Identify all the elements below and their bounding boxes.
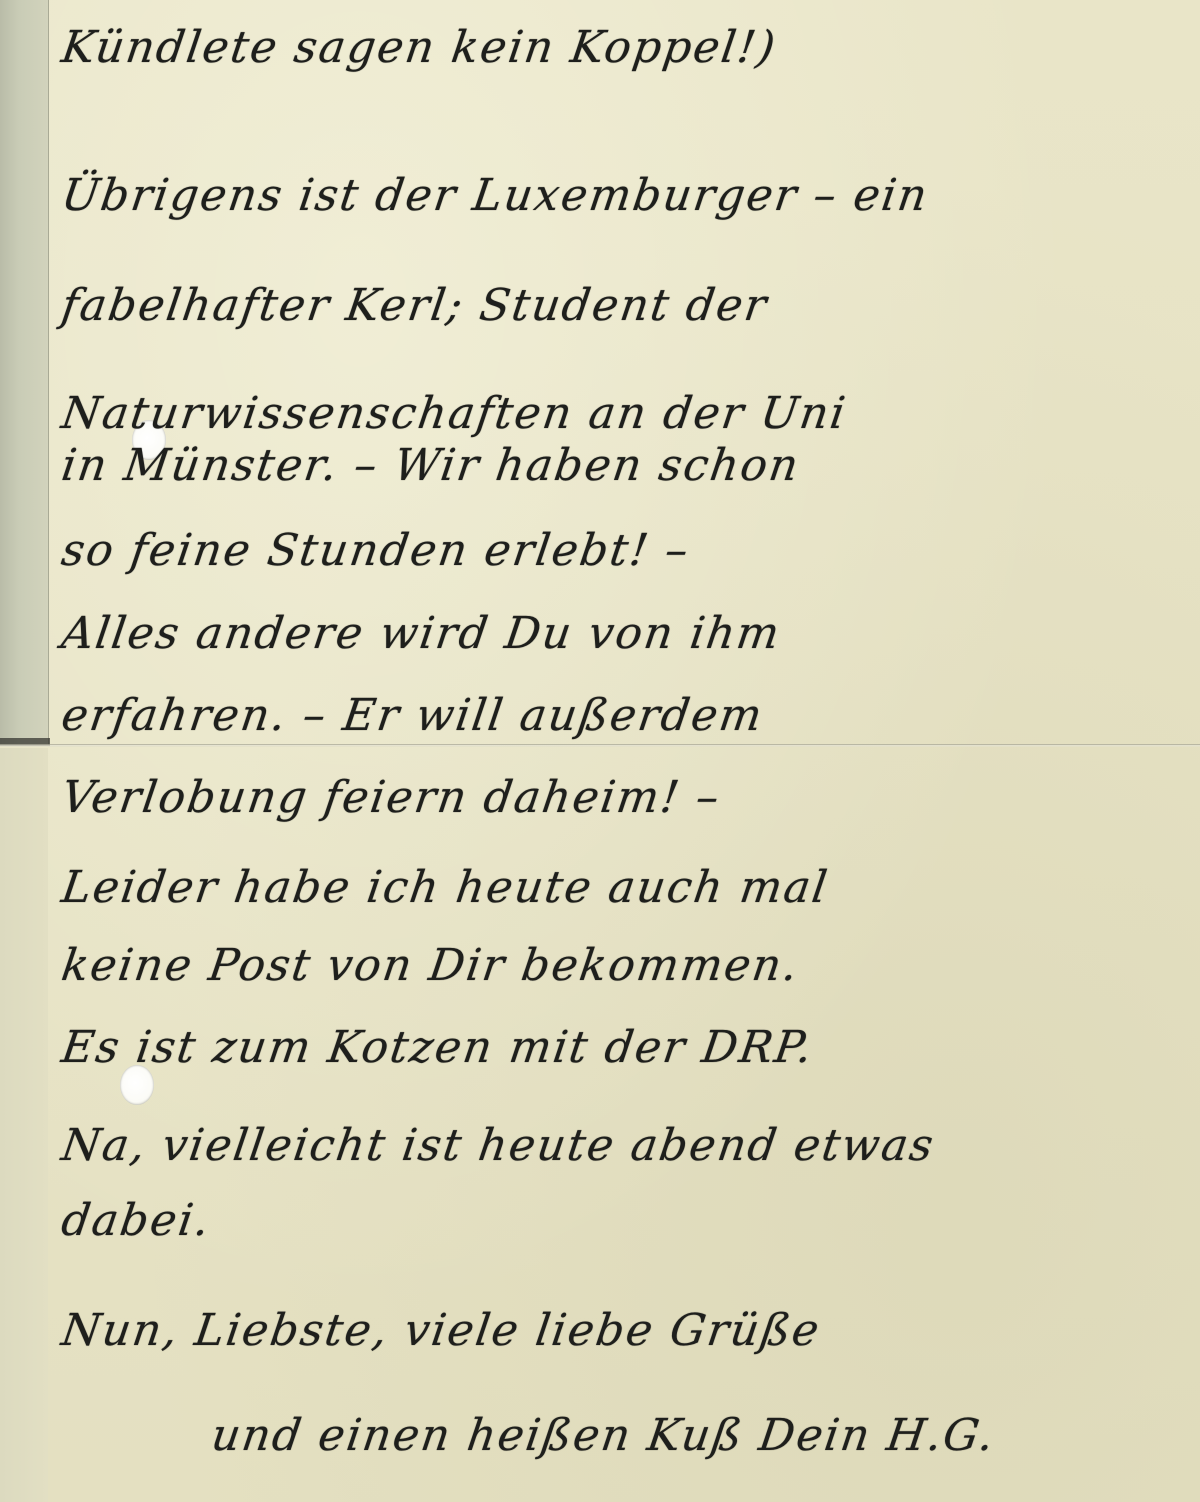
text-line: so feine Stunden erlebt! – [58, 525, 693, 576]
handwritten-text-body: Kündlete sagen kein Koppel!) Übrigens is… [62, 0, 1172, 1502]
folded-margin-strip [0, 0, 49, 745]
text-line: Alles andere wird Du von ihm [58, 608, 784, 659]
text-line: Na, vielleicht ist heute abend etwas [58, 1120, 938, 1171]
text-line: erfahren. – Er will außerdem [58, 690, 766, 741]
text-line: Es ist zum Kotzen mit der DRP. [58, 1022, 817, 1073]
text-line: Kündlete sagen kein Koppel!) [58, 22, 780, 73]
signature-line: und einen heißen Kuß Dein H.G. [208, 1410, 998, 1461]
text-line: fabelhafter Kerl; Student der [58, 280, 771, 331]
text-line: Verlobung feiern daheim! – [58, 772, 724, 823]
text-line: Naturwissenschaften an der Uni [58, 388, 850, 439]
lower-margin-strip [0, 748, 48, 1502]
text-line: keine Post von Dir bekommen. [58, 940, 802, 991]
text-line: dabei. [58, 1195, 214, 1246]
text-line: Übrigens ist der Luxemburger – ein [58, 170, 932, 221]
text-line: Leider habe ich heute auch mal [58, 862, 832, 913]
letter-page: Kündlete sagen kein Koppel!) Übrigens is… [0, 0, 1200, 1502]
text-line: in Münster. – Wir haben schon [58, 440, 803, 491]
closing-line: Nun, Liebste, viele liebe Grüße [58, 1305, 823, 1356]
